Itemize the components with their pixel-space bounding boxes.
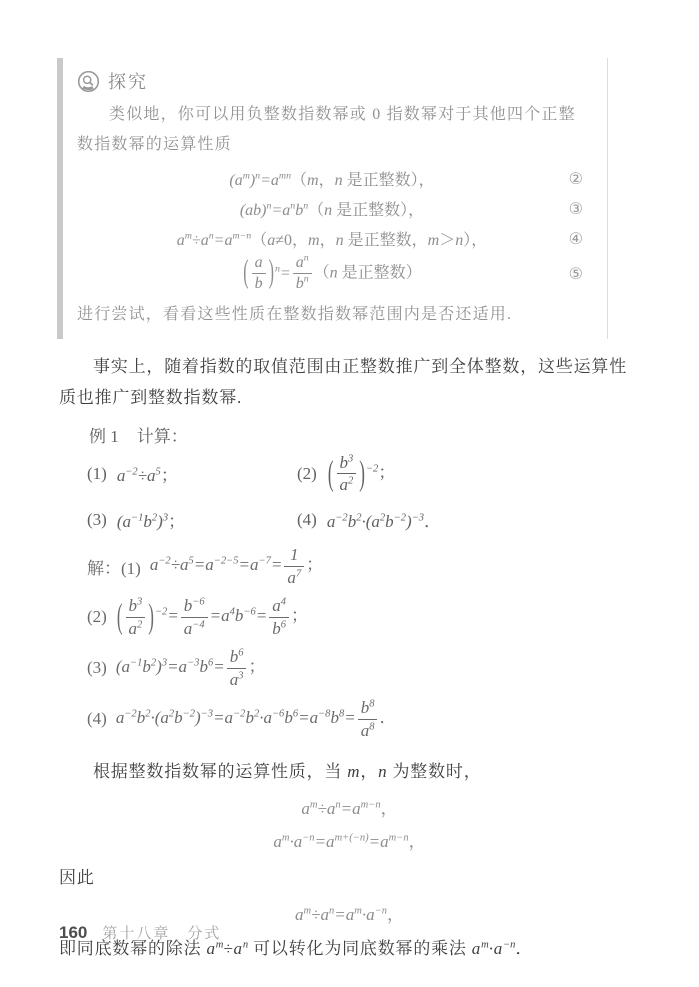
formula-text: (am)n=amn（m，n 是正整数），: [229, 167, 434, 190]
solution-1: 解：(1) a−2÷a5=a−2−5=a−7=1a7；: [87, 541, 640, 592]
example-label: 例 1: [89, 422, 119, 447]
solution-math: (a−1b2)3=a−3b6=b6a3；: [116, 647, 266, 689]
problem-math: (a−1b2)3；: [117, 507, 185, 532]
circled-number-2: ②: [569, 169, 583, 189]
problem-1: (1) a−2÷a5；: [87, 461, 297, 486]
problem-math: a−2b2·(a2b−2)−3．: [327, 507, 441, 532]
circled-number-4: ④: [569, 229, 583, 249]
main-content: 事实上，随着指数的取值范围由正整数推广到全体整数，这些运算性质也推广到整数指数幂…: [0, 351, 699, 964]
formula-division: am÷an=am−n，: [59, 794, 640, 820]
problems-row-1: (1) a−2÷a5； (2) (b3a2)−2；: [87, 449, 640, 499]
solution-3: (3) (a−1b2)3=a−3b6=b6a3；: [87, 643, 640, 694]
problem-label: (2): [297, 464, 317, 484]
paragraph-extension: 事实上，随着指数的取值范围由正整数推广到全体整数，这些运算性质也推广到整数指数幂…: [59, 351, 640, 413]
solution-2: (2) (b3a2)−2=b−6a−4=a4b−6=a4b6；: [87, 592, 640, 643]
solution-label: (3): [87, 658, 107, 678]
formula-multiplication: am·a−n=am+(−n)=am−n，: [59, 827, 640, 853]
explore-header: 探究: [77, 68, 587, 94]
solution-4: (4) a−2b2·(a2b−2)−3=a−2b2·a−6b6=a−8b8=b8…: [87, 694, 640, 745]
explore-title: 探究: [108, 68, 148, 94]
solution-label: (2): [87, 607, 107, 627]
problem-label: (1): [87, 464, 107, 484]
page-number: 160: [59, 923, 87, 943]
solution-math: a−2÷a5=a−2−5=a−7=1a7；: [150, 545, 323, 587]
solution-label: 解：(1): [87, 554, 141, 579]
problem-2: (2) (b3a2)−2；: [297, 453, 395, 495]
chapter-title: 第十八章 分式: [102, 922, 221, 943]
example-heading: 例 1 计算：: [89, 422, 640, 447]
formula-text: am÷an=am−n（a≠0，m，n 是正整数，m＞n），: [177, 227, 487, 250]
problems-row-2: (3) (a−1b2)3； (4) a−2b2·(a2b−2)−3．: [87, 499, 640, 541]
page-footer: 160 第十八章 分式: [59, 922, 221, 943]
explore-outro: 进行尝试，看看这些性质在整数指数幂范围内是否还适用.: [77, 303, 587, 327]
formula-quotient-of-powers: am÷an=am−n（a≠0，m，n 是正整数，m＞n）， ④: [77, 224, 587, 253]
formula-power-of-product: (ab)n=anbn（n 是正整数）， ③: [77, 194, 587, 223]
formula-text: (ab)n=anbn（n 是正整数），: [240, 197, 424, 220]
problem-label: (4): [297, 510, 317, 530]
circled-number-3: ③: [569, 199, 583, 219]
problem-math: a−2÷a5；: [117, 461, 178, 486]
formula-power-of-quotient: (ab)n=anbn（n 是正整数） ⑤: [77, 254, 587, 294]
formula-power-of-power: (am)n=amn（m，n 是正整数）， ②: [77, 164, 587, 193]
problem-math: (b3a2)−2；: [327, 453, 395, 495]
problem-4: (4) a−2b2·(a2b−2)−3．: [297, 507, 441, 532]
solution-math: (b3a2)−2=b−6a−4=a4b−6=a4b6；: [116, 596, 308, 638]
magnifier-icon: [77, 70, 100, 93]
solution-label: (4): [87, 709, 107, 729]
solution-math: a−2b2·(a2b−2)−3=a−2b2·a−6b6=a−8b8=b8a8．: [116, 698, 397, 740]
textbook-page: 探究 类似地，你可以用负整数指数幂或 0 指数幂对于其他四个正整数指数幂的运算性…: [0, 0, 699, 987]
formula-text: (ab)n=anbn（n 是正整数）: [242, 254, 421, 294]
problem-3: (3) (a−1b2)3；: [87, 507, 297, 532]
explore-intro: 类似地，你可以用负整数指数幂或 0 指数幂对于其他四个正整数指数幂的运算性质: [77, 100, 587, 160]
circled-number-5: ⑤: [569, 264, 583, 284]
paragraph-property: 根据整数指数幂的运算性质，当 m，n 为整数时，: [59, 756, 640, 787]
explore-box: 探究 类似地，你可以用负整数指数幂或 0 指数幂对于其他四个正整数指数幂的运算性…: [57, 58, 608, 339]
paragraph-therefore: 因此: [59, 862, 640, 893]
problem-label: (3): [87, 510, 107, 530]
example-text: 计算：: [137, 422, 188, 447]
